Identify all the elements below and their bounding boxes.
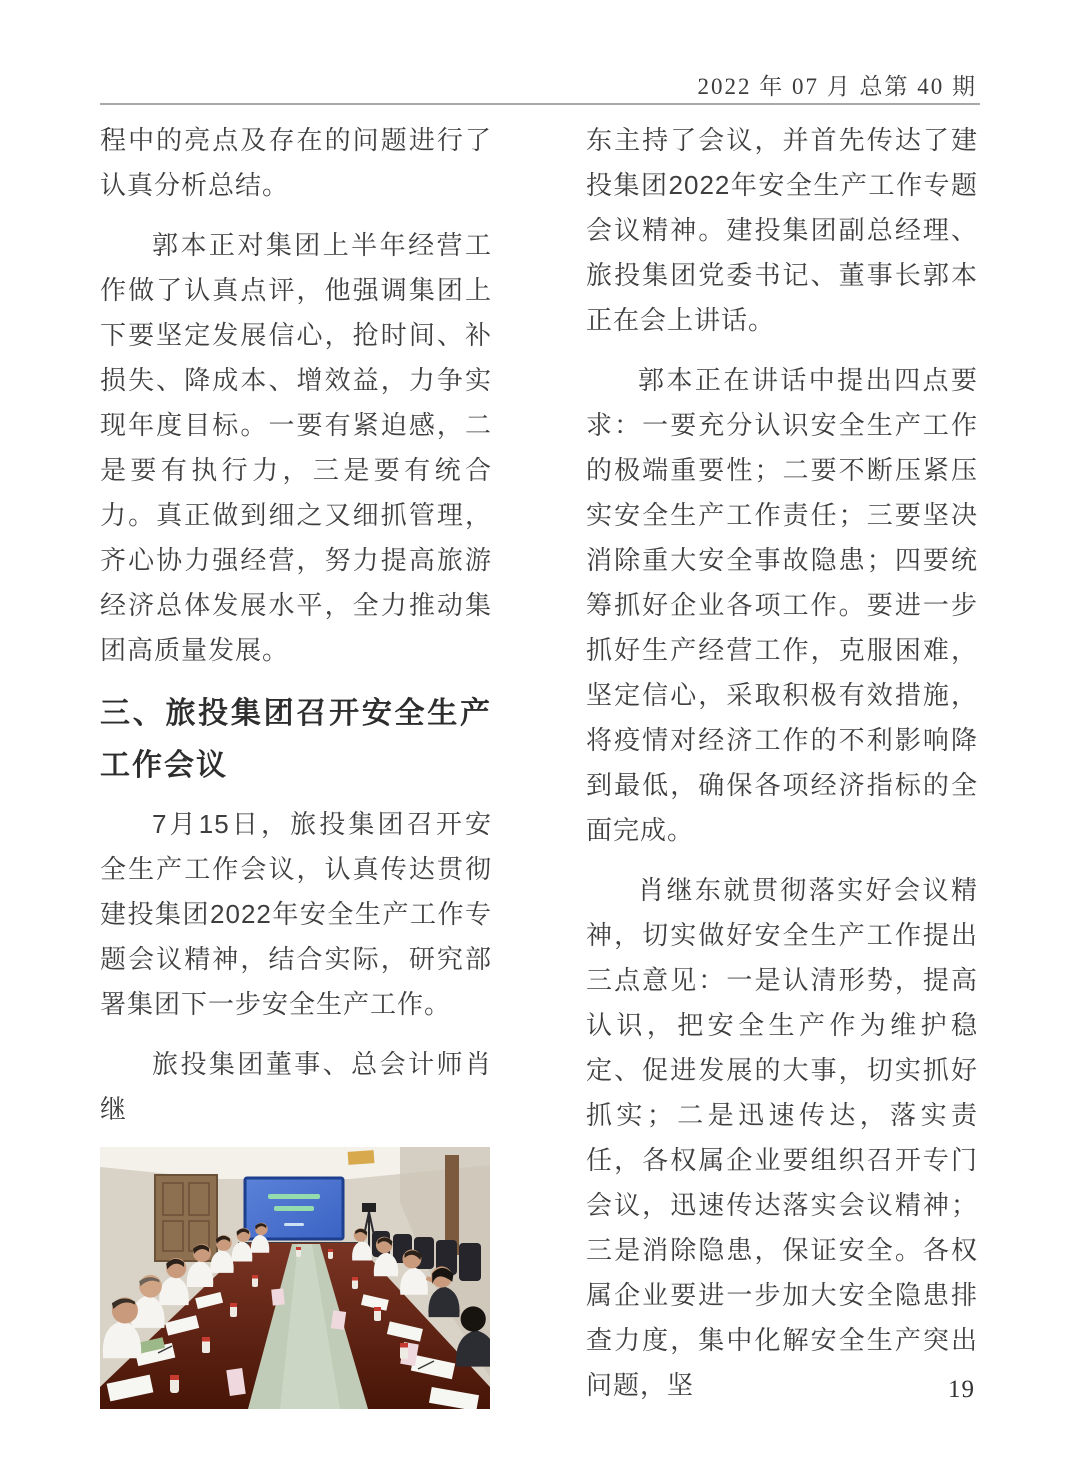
paragraph-continuation: 东主持了会议，并首先传达了建投集团2022年安全生产工作专题会议精神。建投集团副… [586,118,978,343]
paragraph-xiao-three-points: 肖继东就贯彻落实好会议精神，切实做好安全生产工作提出三点意见：一是认清形势，提高… [586,868,978,1408]
right-column: 东主持了会议，并首先传达了建投集团2022年安全生产工作专题会议精神。建投集团副… [586,118,978,1423]
issue-info: 2022 年 07 月 总第 40 期 [698,68,978,101]
paragraph-guo-review: 郭本正对集团上半年经营工作做了认真点评，他强调集团上下要坚定发展信心，抢时间、补… [100,223,492,673]
paragraph-lead-in: 旅投集团董事、总会计师肖继 [100,1042,492,1132]
header-divider [100,103,980,105]
meeting-photo-illustration [100,1147,490,1409]
paragraph-meeting-held: 7月15日，旅投集团召开安全生产工作会议，认真传达贯彻建投集团2022年安全生产… [100,802,492,1027]
screen-title-line-2 [274,1206,314,1211]
paragraph-intro-continuation: 程中的亮点及存在的问题进行了认真分析总结。 [100,118,492,208]
meeting-photo [100,1147,490,1409]
screen-subtitle-line [284,1223,304,1226]
left-column: 程中的亮点及存在的问题进行了认真分析总结。 郭本正对集团上半年经营工作做了认真点… [100,118,492,1409]
page-number: 19 [948,1376,975,1404]
paragraph-guo-four-points: 郭本正在讲话中提出四点要求：一要充分认识安全生产工作的极端重要性；二要不断压紧压… [586,358,978,853]
section-heading: 三、旅投集团召开安全生产工作会议 [100,688,492,792]
magazine-page: 2022 年 07 月 总第 40 期 程中的亮点及存在的问题进行了认真分析总结… [0,0,1080,1466]
screen-title-line-1 [268,1194,320,1199]
ceiling-light [348,1150,375,1165]
